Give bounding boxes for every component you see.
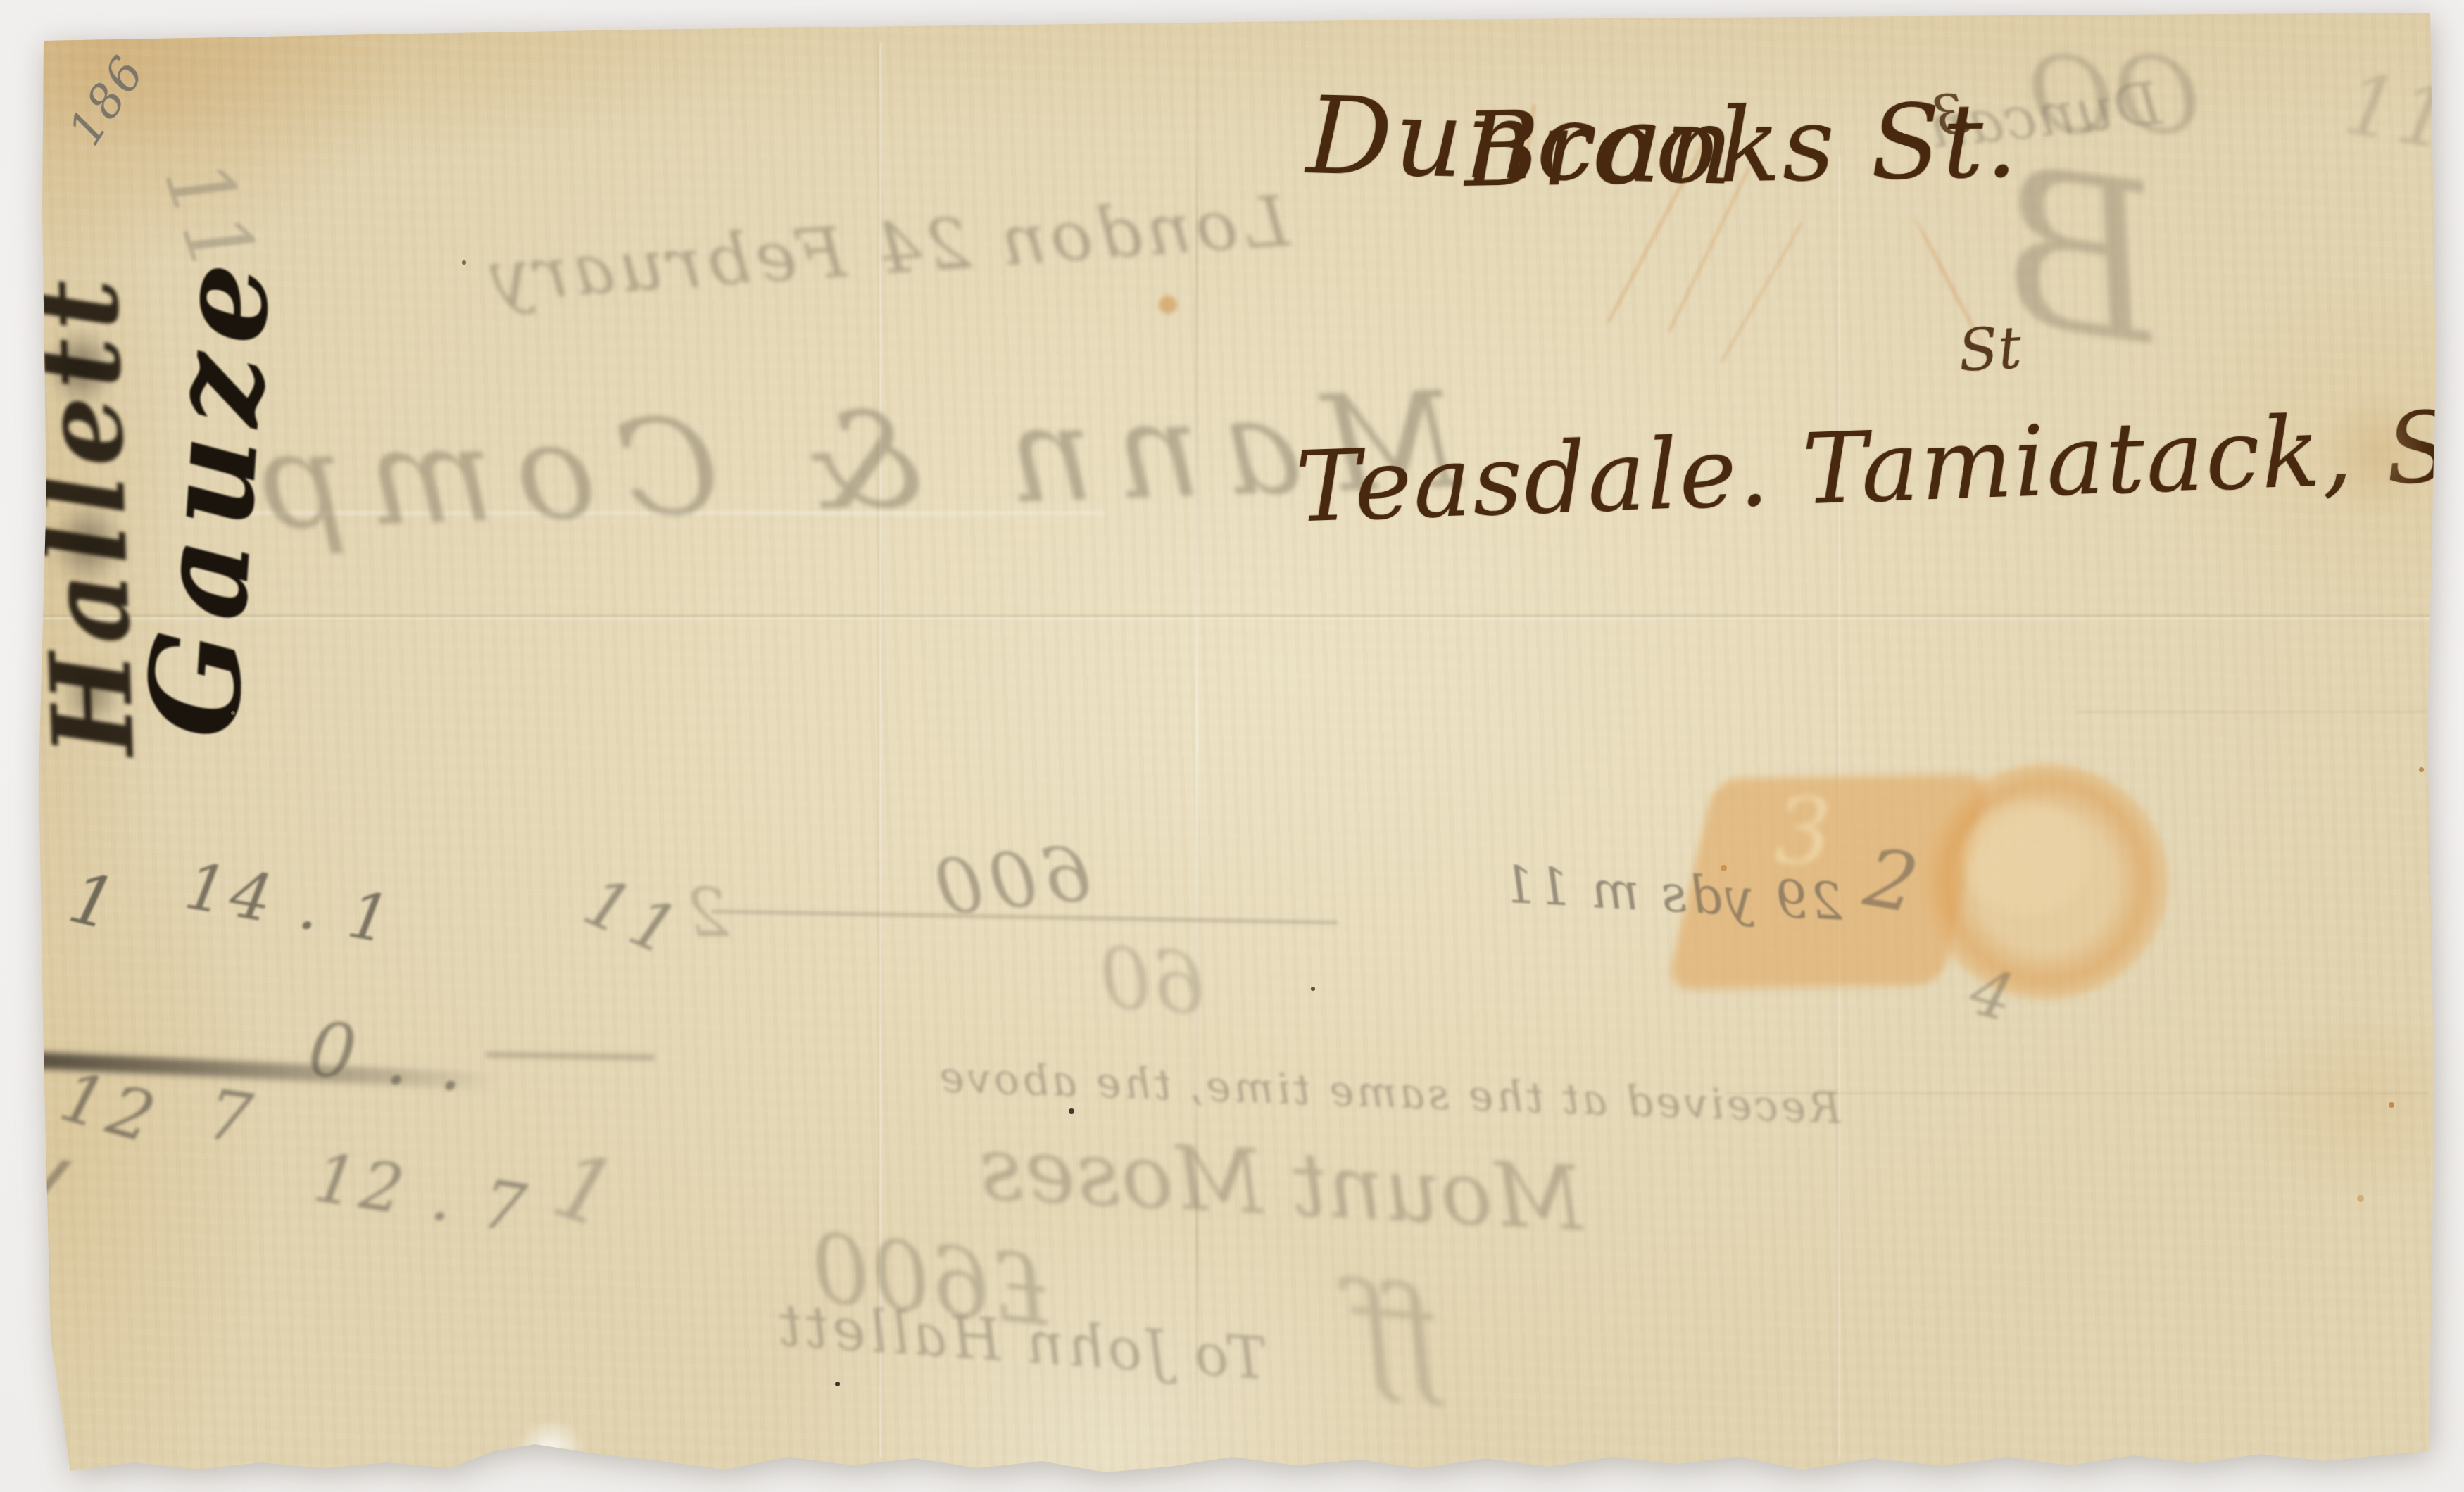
ghost-account-line: Mount Moses <box>976 1118 1586 1251</box>
pencil-figure-a: 1 <box>61 856 125 947</box>
paper-speck-6 <box>1159 296 1177 314</box>
document-paper: London 24 February Mann & Comp Duncan B … <box>0 0 2464 1492</box>
fold-horizontal-upper <box>42 614 2432 617</box>
address-line2: Teasdale. Tamiatack, St. <box>1294 388 2464 545</box>
ghost-loops-60: 60 <box>1095 929 1209 1034</box>
pencil-figure-g: 12 . 7 <box>308 1139 534 1250</box>
paper-speck-7 <box>462 260 466 265</box>
paper-shadow: London 24 February Mann & Comp Duncan B … <box>0 0 2464 1492</box>
ghost-merchant-line: Mann & Comp <box>237 362 1463 560</box>
fold-horizontal-right <box>2077 711 2425 713</box>
ink-smudge-3 <box>62 662 122 728</box>
pencil-smudge-line-cont <box>486 1051 655 1061</box>
paper-speck-1 <box>1069 1108 1074 1114</box>
small-st-mark: St <box>1956 315 2024 386</box>
ghost-edge-curl: 11 <box>2337 55 2460 170</box>
vertical-inscription-gauze: Gauze <box>118 247 299 742</box>
photo-backdrop: London 24 February Mann & Comp Duncan B … <box>0 0 2464 1492</box>
paper-speck-9 <box>2419 767 2424 772</box>
ghost-received-line: Received at the same time, the above <box>936 1053 1842 1134</box>
pencil-figure-d: 0 . . <box>304 1005 472 1108</box>
chalk-stroke-3 <box>1720 221 1804 363</box>
pencil-figure-b: 14 . 1 <box>180 848 400 959</box>
paper-speck-10 <box>231 711 235 715</box>
pencil-figure-f: 7 <box>202 1074 257 1160</box>
stamp-pale-squiggle: 3 <box>1774 778 1833 885</box>
ghost-loops: OO <box>2028 35 2201 158</box>
paper-speck-2 <box>835 1382 840 1386</box>
pencil-figure-c: 11 <box>573 863 695 974</box>
paper-speck-3 <box>1721 865 1727 871</box>
pencil-diag-stroke: / <box>0 1129 67 1274</box>
ink-smudge-1 <box>48 327 115 408</box>
ink-smudge-2 <box>51 500 125 588</box>
stamp-highlight <box>1964 802 2091 915</box>
repair-patch <box>517 1420 584 1475</box>
paper-speck-8 <box>1311 987 1315 991</box>
pencil-diag-stroke-2: 1 <box>541 1130 630 1250</box>
paper-speck-4 <box>2389 1102 2394 1108</box>
stain-right-edge <box>2323 394 2429 514</box>
archive-number-pencil: 186 <box>58 46 156 155</box>
ghost-flourish-ff: ff <box>1345 1256 1447 1410</box>
paper-speck-5 <box>2357 1195 2364 1202</box>
